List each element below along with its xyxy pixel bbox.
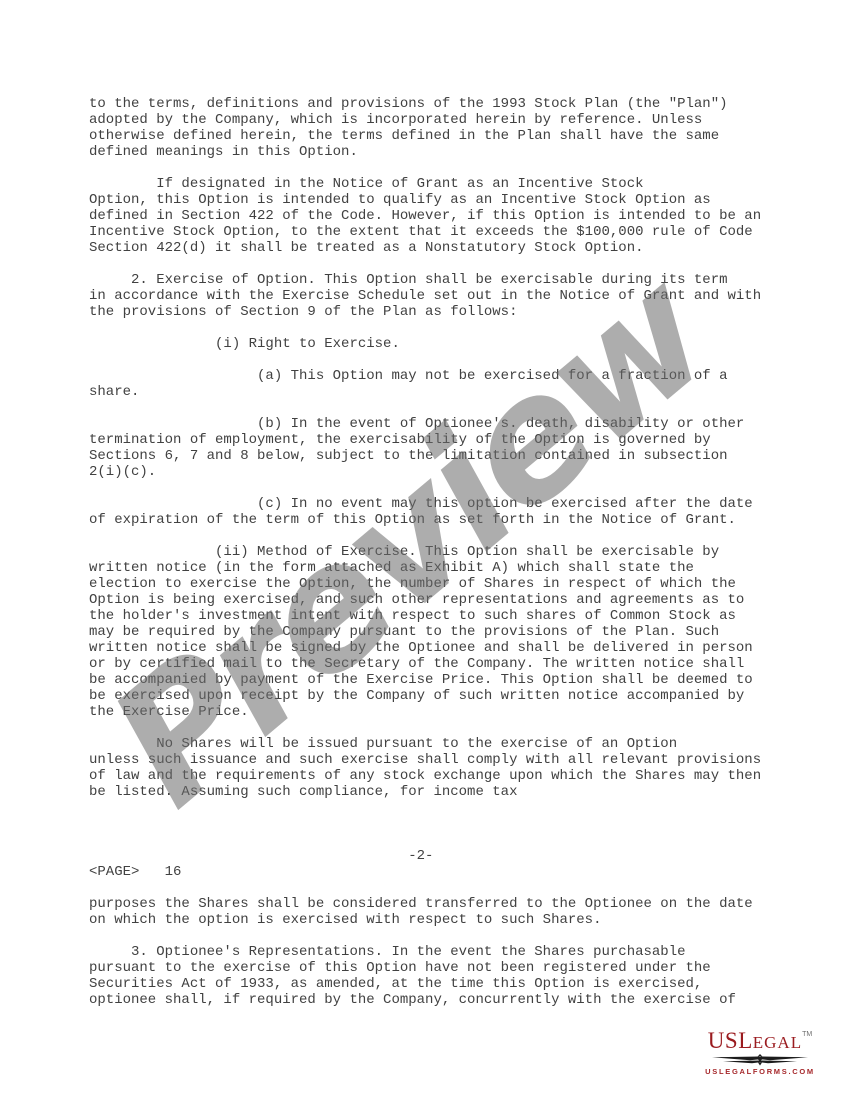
wordmark-rest: EGAL [753,1033,802,1052]
trademark-symbol: TM [802,1031,812,1038]
document-page: Preview to the terms, definitions and pr… [0,0,850,1100]
document-text: to the terms, definitions and provisions… [89,96,761,1008]
uslegal-wordmark: USLEGALTM [692,1025,828,1054]
uslegal-website-text: USLEGALFORMS.COM [692,1067,828,1076]
wordmark-lead: USL [708,1028,753,1053]
eagle-wings-icon [711,1054,809,1066]
uslegal-logo[interactable]: USLEGALTM USLEGALFORMS.COM [692,1025,828,1076]
